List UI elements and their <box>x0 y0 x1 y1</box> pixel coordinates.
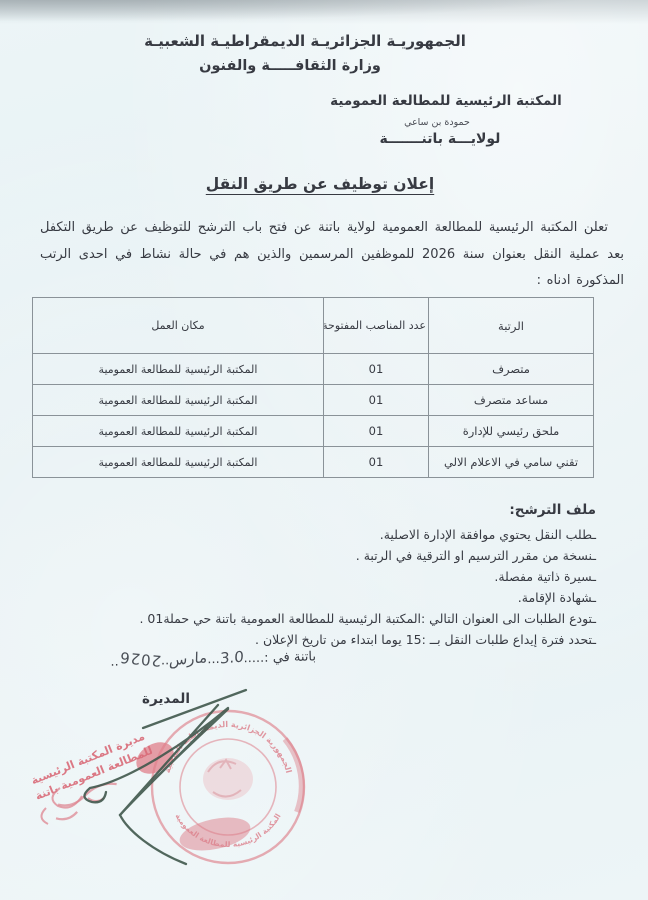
cell-rank: تقني سامي في الاعلام الالي <box>429 447 594 478</box>
scan-shadow <box>0 0 648 24</box>
date-dots: ..... <box>243 651 264 667</box>
table-header-row: الرتبة عدد المناصب المفتوحة مكان العمل <box>33 298 594 354</box>
stamp-ink-smudge <box>177 812 254 856</box>
rect-stamp-icon: مديرة المكتبة الرئيسية للمطالعة العمومية… <box>27 729 164 827</box>
cell-rank: مساعد متصرف <box>429 385 594 416</box>
republic-header-line: الجمهوريـة الجزائريـة الديمقراطيـة الشعب… <box>110 32 500 50</box>
col-header-place: مكان العمل <box>33 298 324 354</box>
col-header-count: عدد المناصب المفتوحة <box>324 298 429 354</box>
requirement-item: ـنسخة من مقرر الترسيم او الترقية في الرت… <box>40 545 596 566</box>
table-row: تقني سامي في الاعلام الالي 01 المكتبة ال… <box>33 447 594 478</box>
requirement-item: ـطلب النقل يحتوي موافقة الإدارة الاصلية. <box>40 524 596 545</box>
cell-count: 01 <box>324 385 429 416</box>
requirement-item: ـشهادة الإقامة. <box>40 587 596 608</box>
cell-place: المكتبة الرئيسية للمطالعة العمومية <box>33 416 324 447</box>
library-name-line: المكتبة الرئيسية للمطالعة العمومية <box>300 93 592 109</box>
cell-count: 01 <box>324 354 429 385</box>
date-dots: ... <box>207 652 220 667</box>
announcement-body: تعلن المكتبة الرئيسية للمطالعة العمومية … <box>40 215 624 295</box>
cell-place: المكتبة الرئيسية للمطالعة العمومية <box>33 385 324 416</box>
application-file-title: ملف الترشح: <box>40 502 596 518</box>
cell-place: المكتبة الرئيسية للمطالعة العمومية <box>33 354 324 385</box>
requirement-item: ـتودع الطلبات الى العنوان التالي :المكتب… <box>40 608 596 629</box>
handwritten-year: 2026 <box>118 648 162 670</box>
requirement-item: ـسيرة ذاتية مفصلة. <box>40 566 596 587</box>
col-header-rank: الرتبة <box>429 298 594 354</box>
stamps-and-signature: الجمهورية الجزائرية الديمقراطية الشعبية … <box>8 676 338 894</box>
cell-place: المكتبة الرئيسية للمطالعة العمومية <box>33 447 324 478</box>
announcement-title: إعلان توظيف عن طريق النقل <box>170 175 470 193</box>
cell-rank: ملحق رئيسي للإدارة <box>429 416 594 447</box>
handwritten-day: 3.0 <box>219 648 243 668</box>
wilaya-line: لولايـــة باتنـــــــة <box>312 131 568 147</box>
cell-count: 01 <box>324 447 429 478</box>
positions-table: الرتبة عدد المناصب المفتوحة مكان العمل م… <box>32 297 594 478</box>
table-row: متصرف 01 المكتبة الرئيسية للمطالعة العمو… <box>33 354 594 385</box>
library-subname-line: حمودة بن ساعي <box>306 117 568 128</box>
requirement-item: ـتحدد فترة إيداع طلبات النقل بــ :15 يوم… <box>40 629 596 650</box>
application-file-section: ملف الترشح: ـطلب النقل يحتوي موافقة الإد… <box>40 502 596 650</box>
ministry-header-line: وزارة الثقافـــــة والفنون <box>110 58 470 74</box>
cell-rank: متصرف <box>429 354 594 385</box>
date-dots: .. <box>110 655 119 670</box>
handwritten-month: مارس <box>169 648 208 669</box>
date-line: باتنة في :.....3.0...مارس..2026.. <box>40 646 316 671</box>
table-row: ملحق رئيسي للإدارة 01 المكتبة الرئيسية ل… <box>33 416 594 447</box>
round-stamp-icon: الجمهورية الجزائرية الديمقراطية الشعبية … <box>131 711 304 863</box>
scanned-document-page: الجمهوريـة الجزائريـة الديمقراطيـة الشعب… <box>0 0 648 900</box>
date-prefix: باتنة في : <box>264 649 316 665</box>
cell-count: 01 <box>324 416 429 447</box>
table-row: مساعد متصرف 01 المكتبة الرئيسية للمطالعة… <box>33 385 594 416</box>
